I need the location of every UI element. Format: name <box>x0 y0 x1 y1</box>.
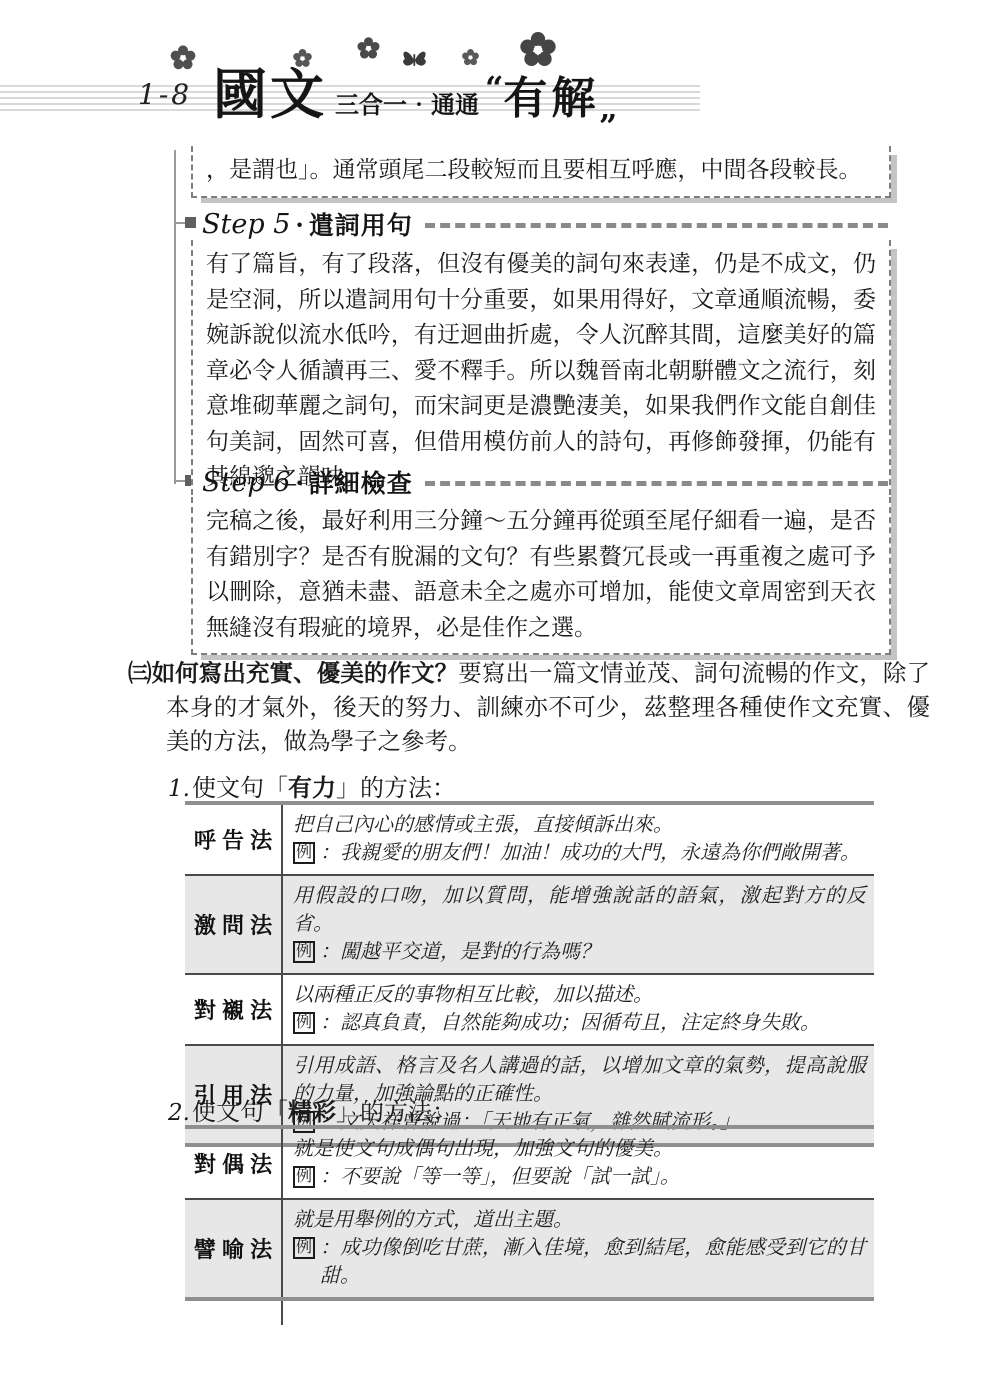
table-row: 呼 告 法 把自己內心的感情或主張，直接傾訴出來。 例：我親愛的朋友們！加油！成… <box>185 805 874 874</box>
book-page: 1-8 國文 三合一‧通通 “ 有解 „ ，是謂也」。通常頭尾二段較短而且要相互… <box>0 0 1000 1381</box>
heading1-keyword: 有力 <box>288 775 336 802</box>
step6-title: 詳細檢查 <box>309 464 413 500</box>
method-description: 用假設的口吻，加以質問，能增強說話的語氣，激起對方的反省。 <box>293 881 866 937</box>
table-row: 激 問 法 用假設的口吻，加以質問，能增強說話的語氣，激起對方的反省。 例：闖越… <box>185 874 874 973</box>
step6-heading: Step 6 · 詳細檢查 <box>202 464 888 500</box>
example-text: ：認真負責，自然能夠成功；因循苟且，注定終身失敗。 <box>320 1010 820 1034</box>
row-content: 就是使文句成偶句出現，加強文句的優美。 例：不要說「等一等」，但要說「試一試」。 <box>283 1129 874 1198</box>
book-title: 國文 三合一‧通通 “ 有解 „ <box>213 52 618 129</box>
method-description: 把自己內心的感情或主張，直接傾訴出來。 <box>293 810 866 838</box>
heading2-number: 2. <box>168 1100 190 1126</box>
step6-body-text: 完稿之後，最好利用三分鐘～五分鐘再從頭至尾仔細看一遍，是否有錯別字？是否有脫漏的… <box>206 508 876 641</box>
heading2-post: 」的方法： <box>336 1099 456 1126</box>
heading1-number: 1. <box>168 776 190 802</box>
row-label: 譬 喻 法 <box>185 1200 283 1297</box>
method-heading-1: 1.使文句「有力」的方法： <box>168 768 456 803</box>
row-content: 以兩種正反的事物相互比較，加以描述。 例：認真負責，自然能夠成功；因循苟且，注定… <box>283 975 874 1044</box>
row-content: 把自己內心的感情或主張，直接傾訴出來。 例：我親愛的朋友們！加油！成功的大門，永… <box>283 805 874 874</box>
method-example: 例：闖越平交道，是對的行為嗎？ <box>293 937 866 965</box>
close-quote-mark: „ <box>599 89 617 127</box>
step6-separator: · <box>295 468 303 497</box>
step5-title: 遣詞用句 <box>309 206 413 242</box>
continued-text-box: ，是謂也」。通常頭尾二段較短而且要相互呼應，中間各段較長。 <box>191 146 891 198</box>
heading2-keyword: 精彩 <box>288 1099 336 1126</box>
row-label: 激 問 法 <box>185 876 283 973</box>
method-description: 就是使文句成偶句出現，加強文句的優美。 <box>293 1134 866 1162</box>
row-content: 用假設的口吻，加以質問，能增強說話的語氣，激起對方的反省。 例：闖越平交道，是對… <box>283 876 874 973</box>
row-content: 就是用舉例的方式，道出主題。 例：成功像倒吃甘蔗，漸入佳境，愈到結尾，愈能感受到… <box>283 1200 874 1297</box>
method-example: 例：不要說「等一等」，但要說「試一試」。 <box>293 1162 866 1190</box>
heading2-pre: 使文句「 <box>192 1099 288 1126</box>
example-text: ：我親愛的朋友們！加油！成功的大門，永遠為你們敞開著。 <box>320 840 860 864</box>
step5-heading: Step 5 · 遣詞用句 <box>202 206 888 242</box>
step6-label: Step 6 <box>202 467 290 498</box>
example-badge: 例 <box>293 1012 315 1034</box>
step5-dashed-rule <box>425 223 888 228</box>
example-text: ：闖越平交道，是對的行為嗎？ <box>320 939 600 963</box>
step-tree-line <box>174 150 176 484</box>
brand-main-title: 國文 <box>213 52 327 129</box>
continued-text: ，是謂也」。通常頭尾二段較短而且要相互呼應，中間各段較長。 <box>206 157 862 183</box>
step5-separator: · <box>295 210 303 239</box>
table-row: 對 偶 法 就是使文句成偶句出現，加強文句的優美。 例：不要說「等一等」，但要說… <box>185 1129 874 1198</box>
flower-icon <box>169 44 197 72</box>
method-example: 例：我親愛的朋友們！加油！成功的大門，永遠為你們敞開著。 <box>293 838 866 866</box>
method-description: 以兩種正反的事物相互比較，加以描述。 <box>293 980 866 1008</box>
table-row: 對 襯 法 以兩種正反的事物相互比較，加以描述。 例：認真負責，自然能夠成功；因… <box>185 973 874 1044</box>
row-label: 對 襯 法 <box>185 975 283 1044</box>
step5-body-text: 有了篇旨，有了段落，但沒有優美的詞句來表達，仍是不成文，仍是空洞，所以遣詞用句十… <box>206 251 876 490</box>
brand-subtitle: 三合一‧通通 <box>335 85 479 120</box>
method-heading-2: 2.使文句「精彩」的方法： <box>168 1092 456 1127</box>
method-description: 就是用舉例的方式，道出主題。 <box>293 1205 866 1233</box>
section-three-lead: ㈢如何寫出充實、優美的作文？ <box>128 660 458 686</box>
brand-quote-title: 有解 <box>503 62 599 126</box>
method-example: 例：成功像倒吃甘蔗，漸入佳境，愈到結尾，愈能感受到它的甘甜。 <box>293 1233 866 1289</box>
section-three-paragraph: ㈢如何寫出充實、優美的作文？要寫出一篇文情並茂、詞句流暢的作文，除了本身的才氣外… <box>128 656 930 758</box>
step6-content-box: 完稿之後，最好利用三分鐘～五分鐘再從頭至尾仔細看一遍，是否有錯別字？是否有脫漏的… <box>191 497 891 655</box>
row-label: 呼 告 法 <box>185 805 283 874</box>
step6-dashed-rule <box>425 481 888 486</box>
open-quote-mark: “ <box>485 69 503 107</box>
method-example: 例：認真負責，自然能夠成功；因循苟且，注定終身失敗。 <box>293 1008 866 1036</box>
step5-bullet-square <box>185 217 196 228</box>
example-text: ：成功像倒吃甘蔗，漸入佳境，愈到結尾，愈能感受到它的甘甜。 <box>320 1235 866 1287</box>
example-text: ：不要說「等一等」，但要說「試一試」。 <box>320 1164 680 1188</box>
example-badge: 例 <box>293 941 315 963</box>
example-badge: 例 <box>293 842 315 864</box>
methods-table-2: 對 偶 法 就是使文句成偶句出現，加強文句的優美。 例：不要說「等一等」，但要說… <box>185 1125 874 1301</box>
example-badge: 例 <box>293 1237 315 1259</box>
example-badge: 例 <box>293 1166 315 1188</box>
row-label: 對 偶 法 <box>185 1129 283 1198</box>
step5-label: Step 5 <box>202 209 290 240</box>
page-number: 1-8 <box>138 78 192 111</box>
heading1-post: 」的方法： <box>336 775 456 802</box>
heading1-pre: 使文句「 <box>192 775 288 802</box>
table-row: 譬 喻 法 就是用舉例的方式，道出主題。 例：成功像倒吃甘蔗，漸入佳境，愈到結尾… <box>185 1198 874 1297</box>
